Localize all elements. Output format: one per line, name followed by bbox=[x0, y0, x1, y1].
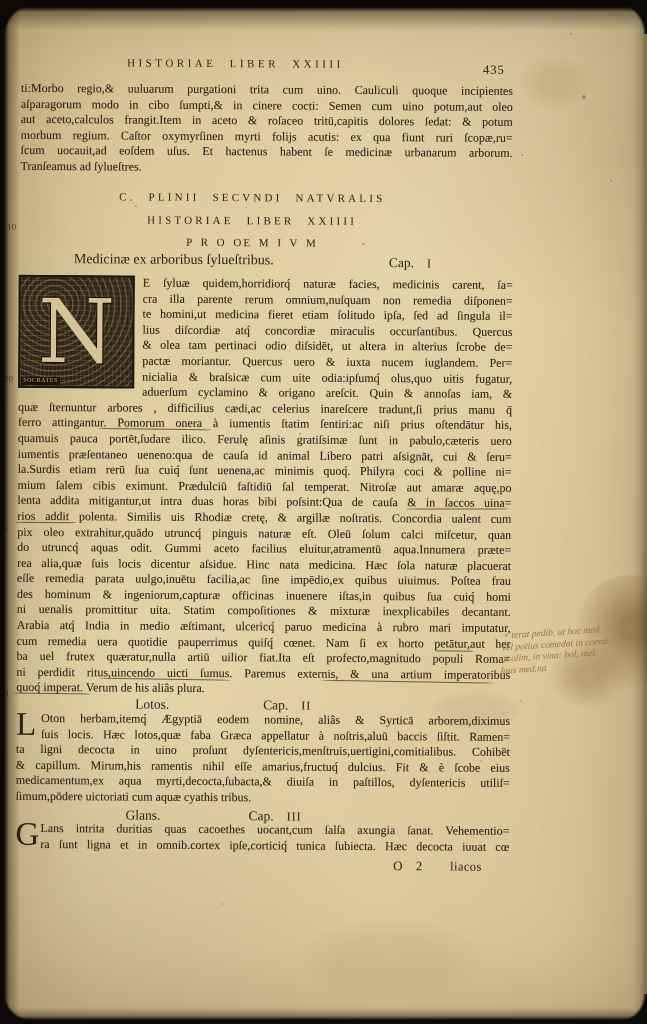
scanned-book-photo: HISTORIAE LIBER XXIIII 435 10 20 30 40 t… bbox=[0, 0, 647, 1024]
intro-paragraph: ti:Morbo regio,& uuluarum purgationi tri… bbox=[20, 81, 513, 178]
margin-line-number: 20 bbox=[4, 374, 13, 384]
margin-line-number: 30 bbox=[0, 524, 7, 534]
chapter2-paragraph: L Oton herbam,itemq́ Ægyptiā eodem nomin… bbox=[16, 711, 511, 808]
text-line: Tranſeamus ad ſylueſtres. bbox=[20, 159, 512, 178]
book-author-heading: C. PLINII SECVNDI NATVRALIS bbox=[21, 191, 483, 206]
book-title-heading: HISTORIAE LIBER XXIIII bbox=[21, 214, 483, 229]
catchword: liacos bbox=[450, 859, 482, 874]
chapter3-paragraph: G Lans intrita duritias quas cacoethes u… bbox=[15, 821, 509, 855]
text-line: quoq́ imperat. Verum de his aliâs plura. bbox=[16, 680, 510, 699]
cap-number: I bbox=[427, 256, 432, 270]
chapter2-title: Lotos. bbox=[135, 697, 169, 713]
cap-number: II bbox=[301, 699, 311, 713]
page-number: 435 bbox=[483, 63, 505, 78]
handwritten-marginalia: + terat pedib. ut hoc med. vel potius co… bbox=[500, 623, 642, 678]
chapter1-title: Medicinæ ex arboribus ſylueſtribus. bbox=[74, 252, 274, 269]
text-line: ſimum,pōdere uictoriati cum aquæ cyathis… bbox=[16, 789, 510, 808]
woodcut-initial-N: N SOCRATES bbox=[18, 275, 135, 389]
running-header: HISTORIAE LIBER XXIIII bbox=[127, 57, 344, 70]
cap-word: Cap. bbox=[389, 255, 414, 270]
page-content: HISTORIAE LIBER XXIIII 435 10 20 30 40 t… bbox=[0, 0, 647, 1024]
initial-letter: N bbox=[20, 277, 133, 387]
chapter1-cap-label: Cap.I bbox=[389, 255, 432, 271]
signature-mark: O 2 bbox=[393, 858, 422, 874]
cap-word: Cap. bbox=[248, 808, 273, 823]
drop-cap-G: G bbox=[15, 822, 37, 850]
cap-number: III bbox=[287, 809, 302, 823]
prooemium-heading: P R O OE M I V M bbox=[21, 236, 483, 251]
book-page: HISTORIAE LIBER XXIIII 435 10 20 30 40 t… bbox=[0, 0, 647, 1024]
woodcut-caption: SOCRATES bbox=[21, 377, 60, 385]
text-line: ra ſunt ligna et in omnib.cortex ipſe,co… bbox=[15, 836, 509, 855]
margin-line-number: 10 bbox=[7, 222, 16, 232]
cap-word: Cap. bbox=[263, 697, 288, 712]
drop-cap-L: L bbox=[16, 712, 38, 740]
prooemium-paragraph: N SOCRATES E ſyluæ quidem,horridiorq́ na… bbox=[16, 275, 513, 699]
margin-line-number: 40 bbox=[0, 689, 8, 699]
chapter2-cap-label: Cap.II bbox=[263, 697, 311, 713]
